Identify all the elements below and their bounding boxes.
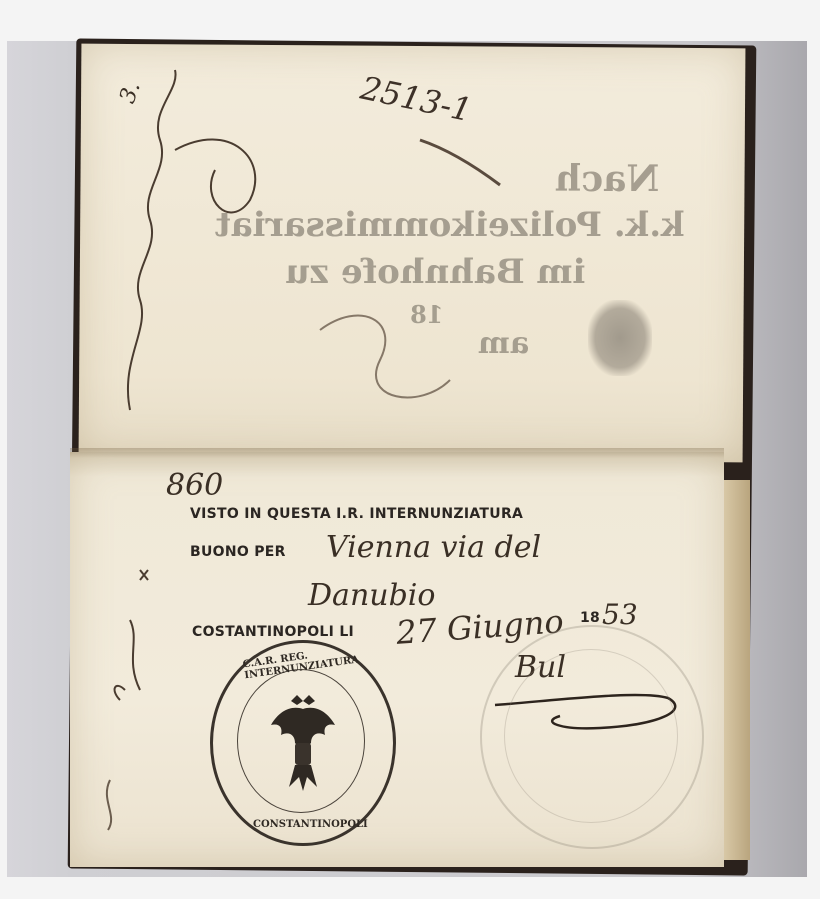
margin-scribbles bbox=[0, 0, 820, 899]
